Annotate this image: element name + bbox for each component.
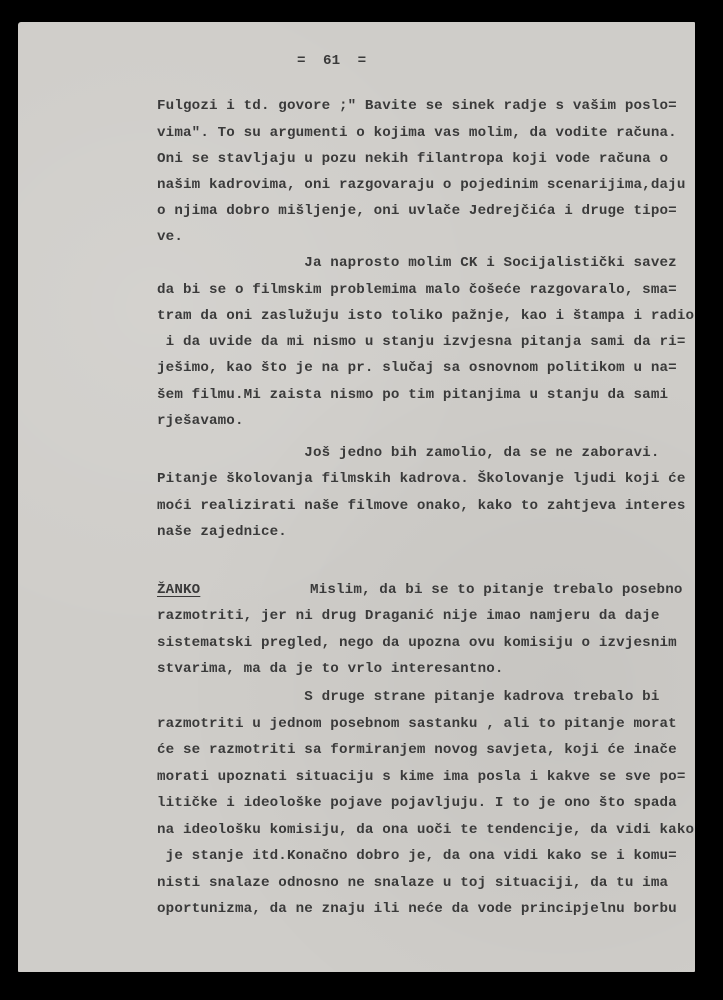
- text-line: razmotriti u jednom posebnom sastanku , …: [157, 717, 677, 731]
- text-line: morati upoznati situaciju s kime ima pos…: [157, 770, 686, 784]
- text-line: rješavamo.: [157, 414, 244, 428]
- page-number: = 61 =: [297, 54, 366, 68]
- text-line: S druge strane pitanje kadrova trebalo b…: [157, 690, 660, 704]
- text-line: oportunizma, da ne znaju ili neće da vod…: [157, 902, 677, 916]
- text-line: Oni se stavljaju u pozu nekih filantropa…: [157, 152, 668, 166]
- text-line: naše zajednice.: [157, 525, 287, 539]
- text-line: je stanje itd.Konačno dobro je, da ona v…: [157, 849, 677, 863]
- text-line: vima". To su argumenti o kojima vas moli…: [157, 126, 677, 140]
- text-line: ješimo, kao što je na pr. slučaj sa osno…: [157, 361, 677, 375]
- text-line: nisti snalaze odnosno ne snalaze u toj s…: [157, 876, 668, 890]
- speaker-name: ŽANKO: [157, 583, 200, 597]
- text-line: šem filmu.Mi zaista nismo po tim pitanji…: [157, 388, 668, 402]
- text-line: našim kadrovima, oni razgovaraju o pojed…: [157, 178, 686, 192]
- text-line: litičke i ideološke pojave pojavljuju. I…: [157, 796, 677, 810]
- text-line: će se razmotriti sa formiranjem novog sa…: [157, 743, 677, 757]
- text-line: Pitanje školovanja filmskih kadrova. Ško…: [157, 472, 686, 486]
- text-line: Fulgozi i td. govore ;" Bavite se sinek …: [157, 99, 677, 113]
- text-line: da bi se o filmskim problemima malo čoše…: [157, 283, 677, 297]
- text-line: ve.: [157, 230, 183, 244]
- text-line: na ideološku komisiju, da ona uoči te te…: [157, 823, 694, 837]
- text-line: i da uvide da mi nismo u stanju izvjesna…: [157, 335, 686, 349]
- document-page: = 61 = Fulgozi i td. govore ;" Bavite se…: [18, 22, 695, 972]
- text-line: moći realizirati naše filmove onako, kak…: [157, 499, 686, 513]
- text-line: Još jedno bih zamolio, da se ne zaboravi…: [157, 446, 660, 460]
- text-line: razmotriti, jer ni drug Draganić nije im…: [157, 609, 660, 623]
- text-line: tram da oni zaslužuju isto toliko pažnje…: [157, 309, 694, 323]
- text-line: sistematski pregled, nego da upozna ovu …: [157, 636, 677, 650]
- speaker-first-line: Mislim, da bi se to pitanje trebalo pose…: [310, 583, 683, 597]
- text-line: o njima dobro mišljenje, oni uvlače Jedr…: [157, 204, 677, 218]
- text-line: stvarima, ma da je to vrlo interesantno.: [157, 662, 504, 676]
- text-line: Ja naprosto molim CK i Socijalistički sa…: [157, 256, 677, 270]
